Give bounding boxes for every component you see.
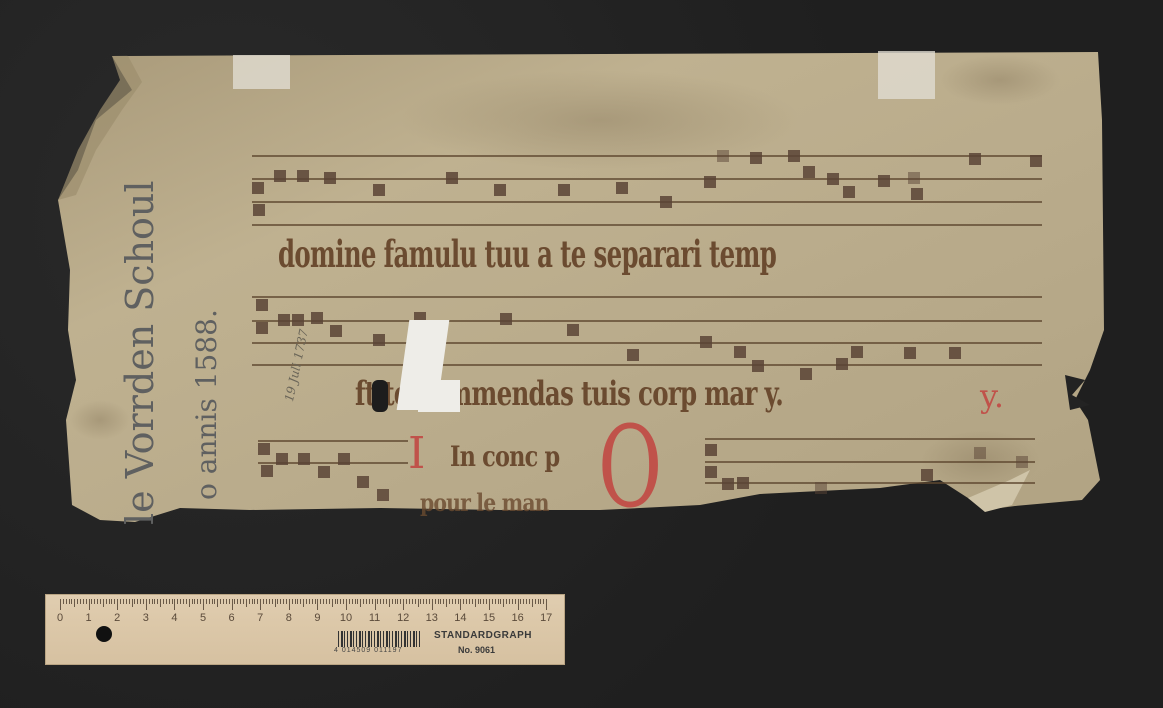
parchment-hole	[372, 380, 388, 412]
ruler-tick	[194, 599, 195, 604]
ruler-tick	[69, 599, 70, 604]
ruler-tick	[523, 599, 524, 604]
ruler-tick	[438, 599, 439, 604]
ruler-tick	[380, 599, 381, 604]
ruler-tick	[66, 599, 67, 604]
ruler-tick	[149, 599, 150, 604]
ruler-tick-label: 5	[200, 612, 206, 624]
ruler-tick	[220, 599, 221, 604]
ruler-tick	[375, 599, 376, 610]
ruler-tick	[543, 599, 544, 604]
ruler-tick	[254, 599, 255, 604]
ruler-tick-label: 6	[229, 612, 235, 624]
ruler-tick	[480, 599, 481, 604]
ruler-tick	[343, 599, 344, 604]
ruler-tick	[180, 599, 181, 604]
ruler-tick	[223, 599, 224, 604]
ruler-tick	[134, 599, 135, 604]
ruler-tick	[329, 599, 330, 604]
ruler-tick	[192, 599, 193, 604]
ruler-tick	[292, 599, 293, 604]
ruler-tick	[89, 599, 90, 610]
ruler-tick	[369, 599, 370, 604]
ruler-tick	[440, 599, 441, 604]
ruler-tick	[443, 599, 444, 604]
ruler-tick-label: 13	[426, 612, 438, 624]
ruler-tick	[154, 599, 155, 604]
ruler-tick	[214, 599, 215, 604]
ruler-tick	[389, 599, 390, 607]
ruler-tick	[160, 599, 161, 607]
barcode-number: 4 014509 011197	[334, 647, 402, 654]
ruler-tick	[432, 599, 433, 610]
ruler-tick	[363, 599, 364, 604]
ruler-tick	[237, 599, 238, 604]
ruler-tick	[435, 599, 436, 604]
ruler-tick	[472, 599, 473, 604]
ruler-tick	[452, 599, 453, 604]
ruler-tick-label: 12	[397, 612, 409, 624]
ruler-tick	[455, 599, 456, 604]
ruler-tick	[252, 599, 253, 604]
ruler-tick	[320, 599, 321, 604]
ruler-model: No. 9061	[458, 645, 495, 655]
ruler-tick	[483, 599, 484, 604]
ruler-tick	[317, 599, 318, 610]
ruler-tick	[520, 599, 521, 604]
ruler-tick	[500, 599, 501, 604]
ruler-tick	[295, 599, 296, 604]
ruler-tick	[209, 599, 210, 604]
ruler-tick	[183, 599, 184, 604]
ruler-tick	[206, 599, 207, 604]
ruler-tick	[323, 599, 324, 604]
ruler-tick	[475, 599, 476, 607]
spine-inscription-line1: le Vorrden Schoul	[118, 180, 162, 525]
ruler-tick	[114, 599, 115, 604]
ruler-tick	[217, 599, 218, 607]
ruler-tick	[306, 599, 307, 604]
rubric-initial-O: O	[598, 412, 662, 524]
tape-piece-right	[878, 51, 935, 99]
ruler-tick	[172, 599, 173, 604]
ruler-tick	[97, 599, 98, 604]
ruler-tick	[360, 599, 361, 607]
ruler-tick	[458, 599, 459, 604]
ruler-tick	[132, 599, 133, 607]
ruler-tick	[506, 599, 507, 604]
ruler-tick	[289, 599, 290, 610]
ruler-tick	[366, 599, 367, 604]
ruler-tick	[117, 599, 118, 610]
ruler-tick	[357, 599, 358, 604]
ruler-tick	[392, 599, 393, 604]
ruler-tick	[352, 599, 353, 604]
ruler-tick	[157, 599, 158, 604]
ruler-tick-label: 1	[86, 612, 92, 624]
ruler-tick	[283, 599, 284, 604]
ruler-tick	[226, 599, 227, 604]
paper-repair-patch-2	[418, 380, 460, 412]
ruler-tick	[269, 599, 270, 604]
ruler-tick	[312, 599, 313, 604]
ruler-tick	[86, 599, 87, 604]
ruler-tick	[243, 599, 244, 604]
ruler-tick-label: 9	[314, 612, 320, 624]
lyric-line-3: In conc p	[450, 440, 559, 473]
spine-inscription-line2: o annis 1588.	[190, 309, 223, 500]
ruler-tick	[466, 599, 467, 604]
ruler-tick	[492, 599, 493, 604]
lyric-line-1: domine famulu tuu a te separari temp	[278, 232, 776, 276]
ruler-tick	[400, 599, 401, 604]
ruler-tick	[186, 599, 187, 604]
ruler-tick	[77, 599, 78, 604]
ruler-tick	[540, 599, 541, 604]
ruler-tick	[177, 599, 178, 604]
ruler-tick	[469, 599, 470, 604]
ruler-tick	[509, 599, 510, 604]
ruler-tick	[163, 599, 164, 604]
ruler-tick	[286, 599, 287, 604]
ruler-tick	[515, 599, 516, 604]
ruler-tick	[460, 599, 461, 610]
ruler-tick	[503, 599, 504, 607]
ruler-tick	[412, 599, 413, 604]
ruler-tick	[535, 599, 536, 604]
ruler-tick	[340, 599, 341, 604]
ruler-tick	[489, 599, 490, 610]
ruler-tick	[272, 599, 273, 604]
ruler-tick	[263, 599, 264, 604]
ruler-tick	[395, 599, 396, 604]
ruler-tick-label: 7	[257, 612, 263, 624]
ruler-tick	[423, 599, 424, 604]
ruler-tick	[346, 599, 347, 610]
ruler-tick	[526, 599, 527, 604]
ruler-tick-label: 10	[340, 612, 352, 624]
ruler-tick	[240, 599, 241, 604]
ruler-tick	[277, 599, 278, 604]
ruler-tick	[309, 599, 310, 604]
measuring-ruler: 01234567891011121314151617 4 014509 0111…	[45, 594, 565, 665]
ruler-tick	[420, 599, 421, 604]
ruler-tick	[200, 599, 201, 604]
ruler-tick	[60, 599, 61, 610]
ruler-tick	[143, 599, 144, 604]
ruler-tick	[297, 599, 298, 604]
ruler-tick	[189, 599, 190, 607]
ruler-tick	[337, 599, 338, 604]
barcode	[338, 631, 422, 647]
ruler-hole	[96, 626, 112, 642]
ruler-tick	[169, 599, 170, 604]
ruler-tick-label: 17	[540, 612, 552, 624]
ruler-tick	[232, 599, 233, 610]
ruler-tick	[146, 599, 147, 610]
ruler-tick	[63, 599, 64, 604]
ruler-tick	[335, 599, 336, 604]
ruler-tick	[91, 599, 92, 604]
ruler-tick	[123, 599, 124, 604]
ruler-tick	[229, 599, 230, 604]
ruler-tick	[449, 599, 450, 604]
ruler-tick	[197, 599, 198, 604]
ruler-tick	[538, 599, 539, 604]
ruler-tick	[212, 599, 213, 604]
ruler-tick-label: 16	[511, 612, 523, 624]
ruler-tick	[111, 599, 112, 604]
ruler-tick	[529, 599, 530, 604]
ruler-tick	[415, 599, 416, 604]
ruler-tick	[260, 599, 261, 610]
ruler-tick	[109, 599, 110, 604]
ruler-tick	[498, 599, 499, 604]
ruler-tick	[397, 599, 398, 604]
ruler-brand: STANDARDGRAPH	[434, 630, 532, 641]
lyric-line-4: pour le man	[420, 488, 549, 517]
ruler-tick	[372, 599, 373, 604]
ruler-tick	[275, 599, 276, 607]
ruler-tick	[280, 599, 281, 604]
ruler-tick	[100, 599, 101, 604]
ruler-tick	[203, 599, 204, 610]
ruler-tick	[418, 599, 419, 607]
ruler-tick	[166, 599, 167, 604]
ruler-tick	[266, 599, 267, 604]
ruler-tick	[120, 599, 121, 604]
tape-piece-left	[233, 55, 290, 89]
ruler-tick	[152, 599, 153, 604]
ruler-tick	[512, 599, 513, 604]
ruler-tick	[409, 599, 410, 604]
ruler-tick-label: 8	[286, 612, 292, 624]
ruler-tick	[355, 599, 356, 604]
ruler-tick	[546, 599, 547, 610]
ruler-tick	[386, 599, 387, 604]
ruler-tick	[246, 599, 247, 607]
ruler-tick-label: 14	[454, 612, 466, 624]
ruler-tick	[106, 599, 107, 604]
ruler-tick	[486, 599, 487, 604]
ruler-tick	[377, 599, 378, 604]
ruler-tick	[463, 599, 464, 604]
ruler-tick	[349, 599, 350, 604]
ruler-tick	[478, 599, 479, 604]
ruler-tick	[383, 599, 384, 604]
ruler-tick	[80, 599, 81, 604]
ruler-tick	[332, 599, 333, 607]
ruler-tick	[406, 599, 407, 604]
ruler-tick	[83, 599, 84, 604]
ruler-tick	[315, 599, 316, 604]
ruler-tick-label: 4	[171, 612, 177, 624]
ruler-tick	[137, 599, 138, 604]
ruler-tick	[446, 599, 447, 607]
ruler-tick-label: 2	[114, 612, 120, 624]
ruler-tick-label: 15	[483, 612, 495, 624]
ruler-tick	[429, 599, 430, 604]
ruler-tick-label: 11	[369, 612, 380, 624]
ruler-tick	[300, 599, 301, 604]
rubric-verse-mark: y.	[980, 380, 1004, 412]
ruler-tick	[426, 599, 427, 604]
ruler-tick	[326, 599, 327, 604]
ruler-tick	[403, 599, 404, 610]
ruler-tick	[126, 599, 127, 604]
ruler-tick	[103, 599, 104, 607]
ruler-tick	[234, 599, 235, 604]
ruler-tick	[249, 599, 250, 604]
rubric-initial-I: I	[408, 432, 425, 476]
ruler-tick	[303, 599, 304, 607]
ruler-tick	[140, 599, 141, 604]
ruler-tick-label: 0	[57, 612, 63, 624]
ruler-tick	[257, 599, 258, 604]
ruler-tick	[94, 599, 95, 604]
ruler-tick	[518, 599, 519, 610]
ruler-tick	[174, 599, 175, 610]
ruler-tick	[129, 599, 130, 604]
photo-stage: le Vorrden Schoul o annis 1588.	[0, 0, 1163, 708]
ruler-tick	[71, 599, 72, 604]
ruler-tick	[74, 599, 75, 607]
ruler-tick	[532, 599, 533, 607]
ruler-tick-label: 3	[143, 612, 149, 624]
ruler-tick	[495, 599, 496, 604]
